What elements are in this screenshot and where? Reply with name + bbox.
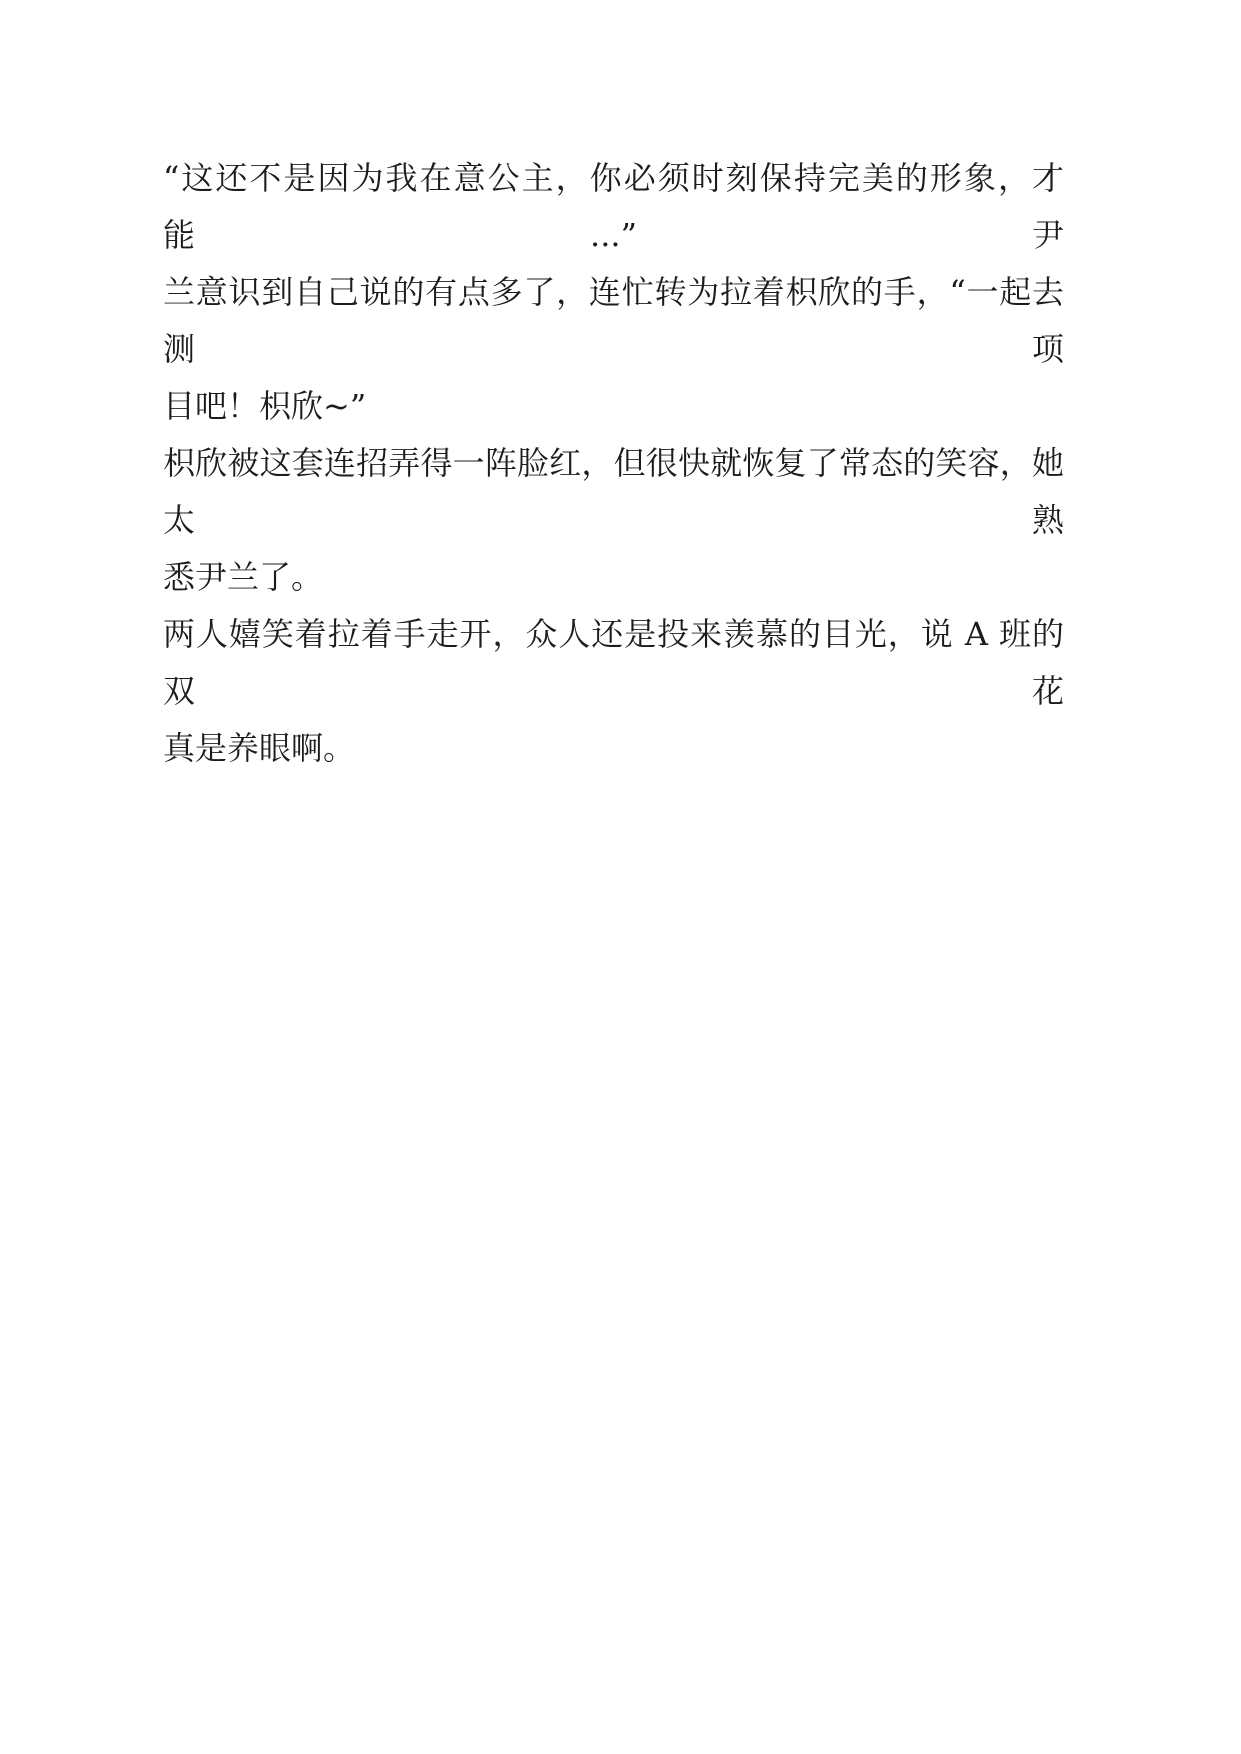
text-block: “这还不是因为我在意公主，你必须时刻保持完美的形象，才能...”尹 兰意识到自己… — [163, 150, 1064, 777]
document-page: “这还不是因为我在意公主，你必须时刻保持完美的形象，才能...”尹 兰意识到自己… — [0, 0, 1241, 1754]
text-line: 真是养眼啊。 — [163, 720, 1064, 777]
text-line: 枳欣被这套连招弄得一阵脸红，但很快就恢复了常态的笑容，她太熟 — [163, 435, 1064, 549]
text-line: 兰意识到自己说的有点多了，连忙转为拉着枳欣的手，“一起去测项 — [163, 264, 1064, 378]
paragraph-2: 枳欣被这套连招弄得一阵脸红，但很快就恢复了常态的笑容，她太熟 悉尹兰了。 — [163, 435, 1064, 606]
paragraph-1: “这还不是因为我在意公主，你必须时刻保持完美的形象，才能...”尹 兰意识到自己… — [163, 150, 1064, 435]
text-line: “这还不是因为我在意公主，你必须时刻保持完美的形象，才能...”尹 — [163, 150, 1064, 264]
text-line: 悉尹兰了。 — [163, 549, 1064, 606]
text-line: 目吧！枳欣~” — [163, 378, 1064, 435]
text-line: 两人嬉笑着拉着手走开，众人还是投来羡慕的目光，说 A 班的双花 — [163, 606, 1064, 720]
paragraph-3: 两人嬉笑着拉着手走开，众人还是投来羡慕的目光，说 A 班的双花 真是养眼啊。 — [163, 606, 1064, 777]
